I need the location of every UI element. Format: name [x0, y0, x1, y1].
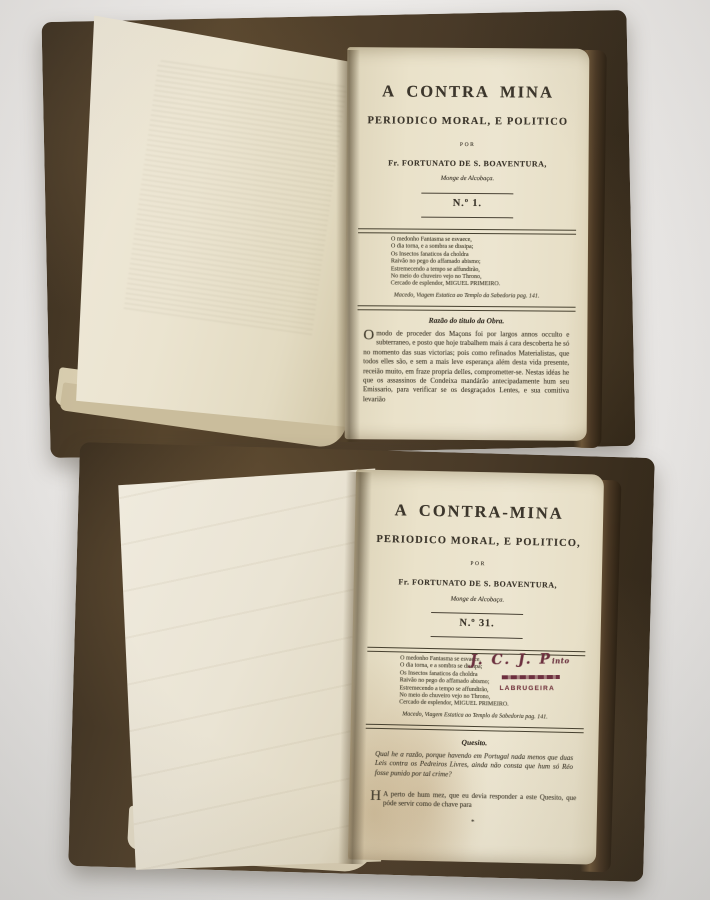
bottom-book-issue-number: N.º 31.	[353, 615, 601, 631]
bottom-book-author-note: Monge de Alcobaça.	[353, 593, 601, 605]
top-book-title-page: A CONTRA MINA PERIODICO MORAL, E POLITIC…	[345, 47, 590, 441]
top-book-issue-number: N.º 1.	[346, 197, 588, 210]
top-book-rule-epigraph-bottom	[358, 305, 576, 311]
top-book-rule-epigraph-top	[358, 228, 576, 234]
top-book-author: Fr. FORTUNATO DE S. BOAVENTURA,	[347, 158, 589, 169]
bottom-book-rule-below-issue	[431, 636, 523, 639]
ownership-stamp: LABRUGEIRA	[500, 685, 555, 692]
bottom-book-title-page: A CONTRA-MINA PERIODICO MORAL, E POLITIC…	[348, 469, 604, 864]
bottom-book-answer-text: A perto de hum mez, que eu devia respond…	[383, 790, 576, 809]
top-book-author-note: Monge de Alcobaça.	[346, 174, 588, 183]
top-book-subtitle: PERIODICO MORAL, E POLITICO	[347, 115, 589, 128]
bottom-book-section-heading: Quesito.	[350, 735, 598, 749]
bottom-book-rule-above-issue	[431, 612, 523, 615]
bottom-book-quesito-text: Qual he a razão, porque havendo em Portu…	[375, 750, 574, 778]
bottom-book-epigraph-source: Macedo, Viagem Estatica ao Templo da Sab…	[351, 710, 599, 721]
top-book-title: A CONTRA MINA	[347, 81, 589, 103]
bottom-book-answer-paragraph: HA perto de hum mez, que eu devia respon…	[370, 790, 576, 813]
owner-name-suffix: into	[552, 656, 570, 665]
bottom-book-footnote-mark: *	[349, 815, 597, 828]
epigraph-line: Cercado de esplendor, MIGUEL PRIMEIRO.	[391, 281, 543, 289]
top-book-section-heading: Razão do titulo da Obra.	[345, 315, 587, 326]
owner-inscription: J. C. J. Pinto	[470, 648, 570, 668]
top-book-epigraph: O medonho Fantasma se esvaece, O dia tor…	[391, 236, 543, 289]
bottom-book-dropcap: H	[370, 790, 383, 802]
bottom-book-left-page	[92, 456, 384, 874]
bottom-book-title: A CONTRA-MINA	[355, 499, 603, 524]
bottom-book-by-label: POR	[354, 558, 602, 569]
top-book-body-paragraph: Omodo de proceder dos Maçons foi por lar…	[363, 329, 570, 406]
owner-initials: J. C. J. P	[470, 651, 552, 668]
bottom-book-author: Fr. FORTUNATO DE S. BOAVENTURA,	[354, 576, 602, 590]
crossed-out-inscription	[502, 675, 560, 679]
top-book-rule-above-issue	[421, 193, 513, 195]
top-book-by-label: POR	[347, 141, 589, 149]
bottom-book-quesito-paragraph: Qual he a razão, porque havendo em Portu…	[375, 750, 574, 782]
top-book-left-page	[58, 2, 360, 450]
bottom-book-rule-epigraph-bottom	[366, 724, 584, 733]
top-book-showthrough-text	[123, 60, 347, 339]
bottom-book-subtitle: PERIODICO MORAL, E POLITICO,	[355, 533, 603, 549]
top-book-epigraph-source: Macedo, Viagem Estatica ao Templo da Sab…	[346, 292, 588, 300]
top-book-dropcap: O	[363, 329, 376, 341]
top-book-rule-below-issue	[421, 217, 513, 219]
top-book-body-text: modo de proceder dos Maçons foi por larg…	[363, 329, 570, 403]
photo-scene: A CONTRA MINA PERIODICO MORAL, E POLITIC…	[0, 0, 710, 900]
